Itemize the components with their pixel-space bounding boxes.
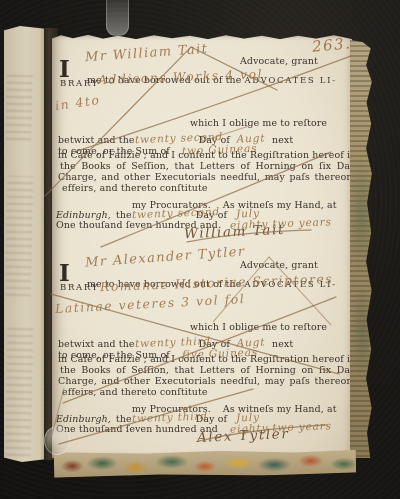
showthrough-text-marks (5, 326, 34, 457)
advocate-grant-text: Advocate, grant (240, 260, 318, 271)
year-line: One thouſand ſeven hundred andeighty two… (56, 417, 332, 436)
book-fore-edge (350, 40, 373, 458)
failzie-clause-1: in Caſe of Failzie ; and I conſent to th… (58, 150, 356, 161)
photograph-of-library-register-page: 263. I Mr William Tait Advocate, grant m… (0, 0, 400, 499)
next-text: next (272, 135, 293, 146)
borrower-name-handwritten: Mr William Tait (85, 42, 209, 66)
register-page: 263. I Mr William Tait Advocate, grant m… (52, 34, 352, 458)
failzie-clause-2: the Books of Seſſion, that Letters of Ho… (60, 161, 361, 172)
drop-cap-initial: I (59, 262, 70, 285)
failzie-clause-3: Charge, and other Executorials needful, … (58, 172, 371, 183)
borrow-entry-1: I Mr William Tait Advocate, grant me to … (52, 48, 348, 248)
showthrough-text-marks (5, 176, 34, 297)
borrower-name-handwritten: Mr Alexander Tytler (85, 244, 246, 270)
failzie-clause-2: the Books of Seſſion, that Letters of Ho… (60, 365, 361, 376)
borrower-signature: Alex Tytler (197, 426, 290, 446)
facing-page-edge (4, 26, 44, 462)
drop-cap-initial: I (59, 58, 70, 81)
failzie-clause-3: Charge, and other Executorials needful, … (58, 376, 371, 387)
brary-continuation: brary (60, 79, 99, 89)
transparent-page-clip (106, 0, 129, 36)
marbled-endpaper-edge (54, 449, 356, 477)
failzie-clause-1: in Caſe of Failzie ; and I conſent to th… (58, 354, 356, 365)
transparent-page-weight (44, 426, 70, 455)
advocate-grant-text: Advocate, grant (240, 56, 318, 67)
next-text: next (272, 339, 293, 350)
borrow-entry-2: I Mr Alexander Tytler Advocate, grant me… (52, 252, 348, 452)
brary-continuation: brary (60, 283, 99, 293)
book-format-handwritten: in 4to (54, 93, 101, 113)
year-prefix-text: One thouſand ſeven hundred and (56, 424, 218, 435)
borrower-signature: William Tait (184, 222, 286, 242)
book-title-handwritten-2: Latinae veteres 3 vol fol (55, 292, 246, 316)
showthrough-text-marks (5, 70, 32, 141)
